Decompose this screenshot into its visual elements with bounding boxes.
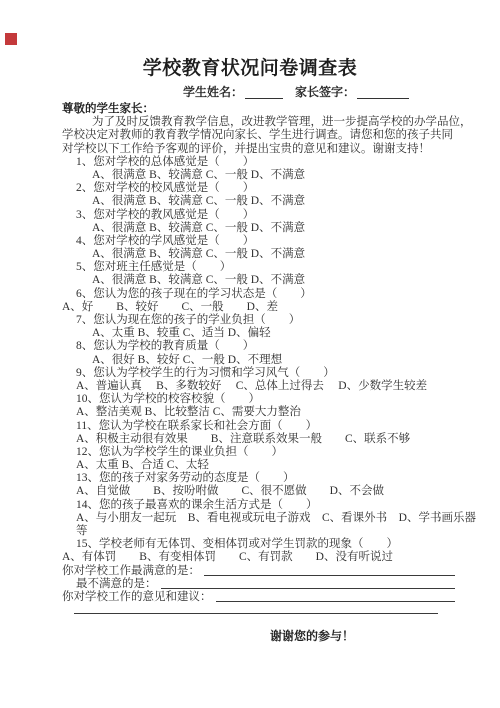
line-text: A、很满意 B、较满意 C、一般 D、不满意 xyxy=(92,222,305,234)
page: { "title": "学校教育状况问卷调查表", "red_mark": { … xyxy=(0,0,500,708)
line-text: A、积极主动很有效果 B、注意联系效果一般 C、联系不够 xyxy=(76,433,410,445)
line-text: 2、您对学校的校风感觉是（ ） xyxy=(76,182,254,194)
question-line: 11、您认为学校在联系家长和社会方面（ ） xyxy=(62,420,500,433)
line-text: 学校决定对教师的教育教学情况向家长、学生进行调查。请您和您的孩子共同 xyxy=(62,129,453,141)
fill-in-blank xyxy=(161,578,456,589)
fill-in-blank xyxy=(204,565,455,576)
line-text: 9、您认为学校学生的行为习惯和学习风气（ ） xyxy=(76,367,335,379)
line-text: A、很满意 B、较满意 C、一般 D、不满意 xyxy=(92,274,305,286)
options-line: A、太重 B、较重 C、适当 D、偏轻 xyxy=(62,327,500,340)
question-line: 7、您认为现在您的孩子的学业负担（ ） xyxy=(62,314,500,327)
line-text: 15、学校老师有无体罚、变相体罚或对学生罚款的现象（ ） xyxy=(76,538,398,550)
salutation-line: 尊敬的学生家长： xyxy=(62,103,500,116)
separator-rule xyxy=(74,604,438,614)
fill-in-line: 你对学校工作的意见和建议： xyxy=(62,591,500,604)
options-line: A、普遍认真 B、多数较好 C、总体上过得去 D、少数学生较差 xyxy=(62,380,500,393)
intro-line: 为了及时反馈教育教学信息，改进教学管理，进一步提高学校的办学品位， xyxy=(62,116,500,129)
question-line: 14、您的孩子最喜欢的课余生活方式是（ ） xyxy=(62,499,500,512)
line-text: 5、您对班主任感觉是（ ） xyxy=(76,261,231,273)
line-text: 6、您认为您的孩子现在的学习状态是（ ） xyxy=(76,288,312,300)
signature-row: 学生姓名：家长签字： xyxy=(183,85,409,99)
line-text: A、很满意 B、较满意 C、一般 D、不满意 xyxy=(92,195,305,207)
line-text: A、太重 B、合适 C、太轻 xyxy=(76,459,209,471)
line-text: 11、您认为学校在联系家长和社会方面（ ） xyxy=(76,420,317,432)
line-text: A、整洁美观 B、比较整洁 C、需要大力整治 xyxy=(76,406,301,418)
options-line: A、整洁美观 B、比较整洁 C、需要大力整治 xyxy=(62,406,500,419)
line-text: 4、您对学校的学风感觉是（ ） xyxy=(76,235,254,247)
line-text: 14、您的孩子最喜欢的课余生活方式是（ ） xyxy=(76,499,318,511)
line-text: 对学校以下工作给予客观的评价，并提出宝贵的意见和建议。谢谢支持！ xyxy=(62,143,430,155)
line-text: A、有体罚 B、有变相体罚 C、有罚款 D、没有听说过 xyxy=(62,551,393,563)
student-name-blank xyxy=(245,87,283,99)
question-line: 6、您认为您的孩子现在的学习状态是（ ） xyxy=(62,288,500,301)
question-line: 4、您对学校的学风感觉是（ ） xyxy=(62,235,500,248)
options-line: A、很好 B、较好 C、一般 D、不理想 xyxy=(62,354,500,367)
parent-signature-label: 家长签字： xyxy=(295,85,355,99)
line-text: 最不满意的是： xyxy=(76,578,157,591)
line-text: 13、您的孩子对家务劳动的态度是（ ） xyxy=(76,472,295,484)
options-line: A、很满意 B、较满意 C、一般 D、不满意 xyxy=(62,248,500,261)
options-line: A、很满意 B、较满意 C、一般 D、不满意 xyxy=(62,274,500,287)
options-line: A、很满意 B、较满意 C、一般 D、不满意 xyxy=(62,169,500,182)
line-text: 你对学校工作的意见和建议： xyxy=(62,591,212,604)
questionnaire-document: 学校教育状况问卷调查表 学生姓名：家长签字： 尊敬的学生家长：为了及时反馈教育教… xyxy=(0,0,500,708)
fill-in-line: 你对学校工作最满意的是： xyxy=(62,565,500,578)
line-text: 等 xyxy=(76,525,88,537)
options-line: A、太重 B、合适 C、太轻 xyxy=(62,459,500,472)
options-line: A、很满意 B、较满意 C、一般 D、不满意 xyxy=(62,195,500,208)
question-line: 5、您对班主任感觉是（ ） xyxy=(62,261,500,274)
options-line: A、好 B、较好 C、一般 D、差 xyxy=(62,301,500,314)
line-text: 7、您认为现在您的孩子的学业负担（ ） xyxy=(76,314,300,326)
intro-line: 学校决定对教师的教育教学情况向家长、学生进行调查。请您和您的孩子共同 xyxy=(62,129,500,142)
line-text: 1、您对学校的总体感觉是（ ） xyxy=(76,156,254,168)
line-text: 3、您对学校的教风感觉是（ ） xyxy=(76,209,254,221)
intro-line: 对学校以下工作给予客观的评价，并提出宝贵的意见和建议。谢谢支持！ xyxy=(62,143,500,156)
line-text: 你对学校工作最满意的是： xyxy=(62,565,200,578)
question-line: 3、您对学校的教风感觉是（ ） xyxy=(62,209,500,222)
options-line: A、很满意 B、较满意 C、一般 D、不满意 xyxy=(62,222,500,235)
line-text: 8、您认为学校的教育质量（ ） xyxy=(76,340,254,352)
question-line: 2、您对学校的校风感觉是（ ） xyxy=(62,182,500,195)
question-line: 13、您的孩子对家务劳动的态度是（ ） xyxy=(62,472,500,485)
line-text: 为了及时反馈教育教学信息，改进教学管理，进一步提高学校的办学品位， xyxy=(92,116,472,128)
line-text: A、很好 B、较好 C、一般 D、不理想 xyxy=(92,354,282,366)
question-line: 10、您认为学校的校容校貌（ ） xyxy=(62,393,500,406)
line-text: 10、您认为学校的校容校貌（ ） xyxy=(76,393,260,405)
closing-thanks: 谢谢您的参与！ xyxy=(270,628,500,644)
line-text: A、与小朋友一起玩 B、看电视或玩电子游戏 C、看课外书 D、学书画乐器 xyxy=(76,512,476,524)
line-text: A、很满意 B、较满意 C、一般 D、不满意 xyxy=(92,169,305,181)
question-line: 12、您认为学校学生的课业负担（ ） xyxy=(62,446,500,459)
options-line: A、自觉做 B、按吩咐做 C、很不愿做 D、不会做 xyxy=(62,485,500,498)
line-text: A、普遍认真 B、多数较好 C、总体上过得去 D、少数学生较差 xyxy=(76,380,427,392)
question-line: 9、您认为学校学生的行为习惯和学习风气（ ） xyxy=(62,367,500,380)
question-line: 8、您认为学校的教育质量（ ） xyxy=(62,340,500,353)
line-text: 尊敬的学生家长： xyxy=(62,103,154,115)
line-text: A、自觉做 B、按吩咐做 C、很不愿做 D、不会做 xyxy=(76,485,384,497)
options-line: A、有体罚 B、有变相体罚 C、有罚款 D、没有听说过 xyxy=(62,551,500,564)
line-text: A、太重 B、较重 C、适当 D、偏轻 xyxy=(92,327,271,339)
fill-in-line: 最不满意的是： xyxy=(62,578,500,591)
options-line: 等 xyxy=(62,525,500,538)
student-name-label: 学生姓名： xyxy=(183,85,243,99)
fill-in-blank xyxy=(216,591,456,602)
parent-signature-blank xyxy=(357,87,409,99)
red-corner-mark xyxy=(5,33,17,45)
line-text: A、很满意 B、较满意 C、一般 D、不满意 xyxy=(92,248,305,260)
options-line: A、与小朋友一起玩 B、看电视或玩电子游戏 C、看课外书 D、学书画乐器 xyxy=(62,512,500,525)
options-line: A、积极主动很有效果 B、注意联系效果一般 C、联系不够 xyxy=(62,433,500,446)
line-text: 12、您认为学校学生的课业负担（ ） xyxy=(76,446,283,458)
line-text: A、好 B、较好 C、一般 D、差 xyxy=(62,301,278,313)
document-body: 尊敬的学生家长：为了及时反馈教育教学信息，改进教学管理，进一步提高学校的办学品位… xyxy=(0,103,500,614)
question-line: 15、学校老师有无体罚、变相体罚或对学生罚款的现象（ ） xyxy=(62,538,500,551)
question-line: 1、您对学校的总体感觉是（ ） xyxy=(62,156,500,169)
document-title: 学校教育状况问卷调查表 xyxy=(0,0,500,81)
